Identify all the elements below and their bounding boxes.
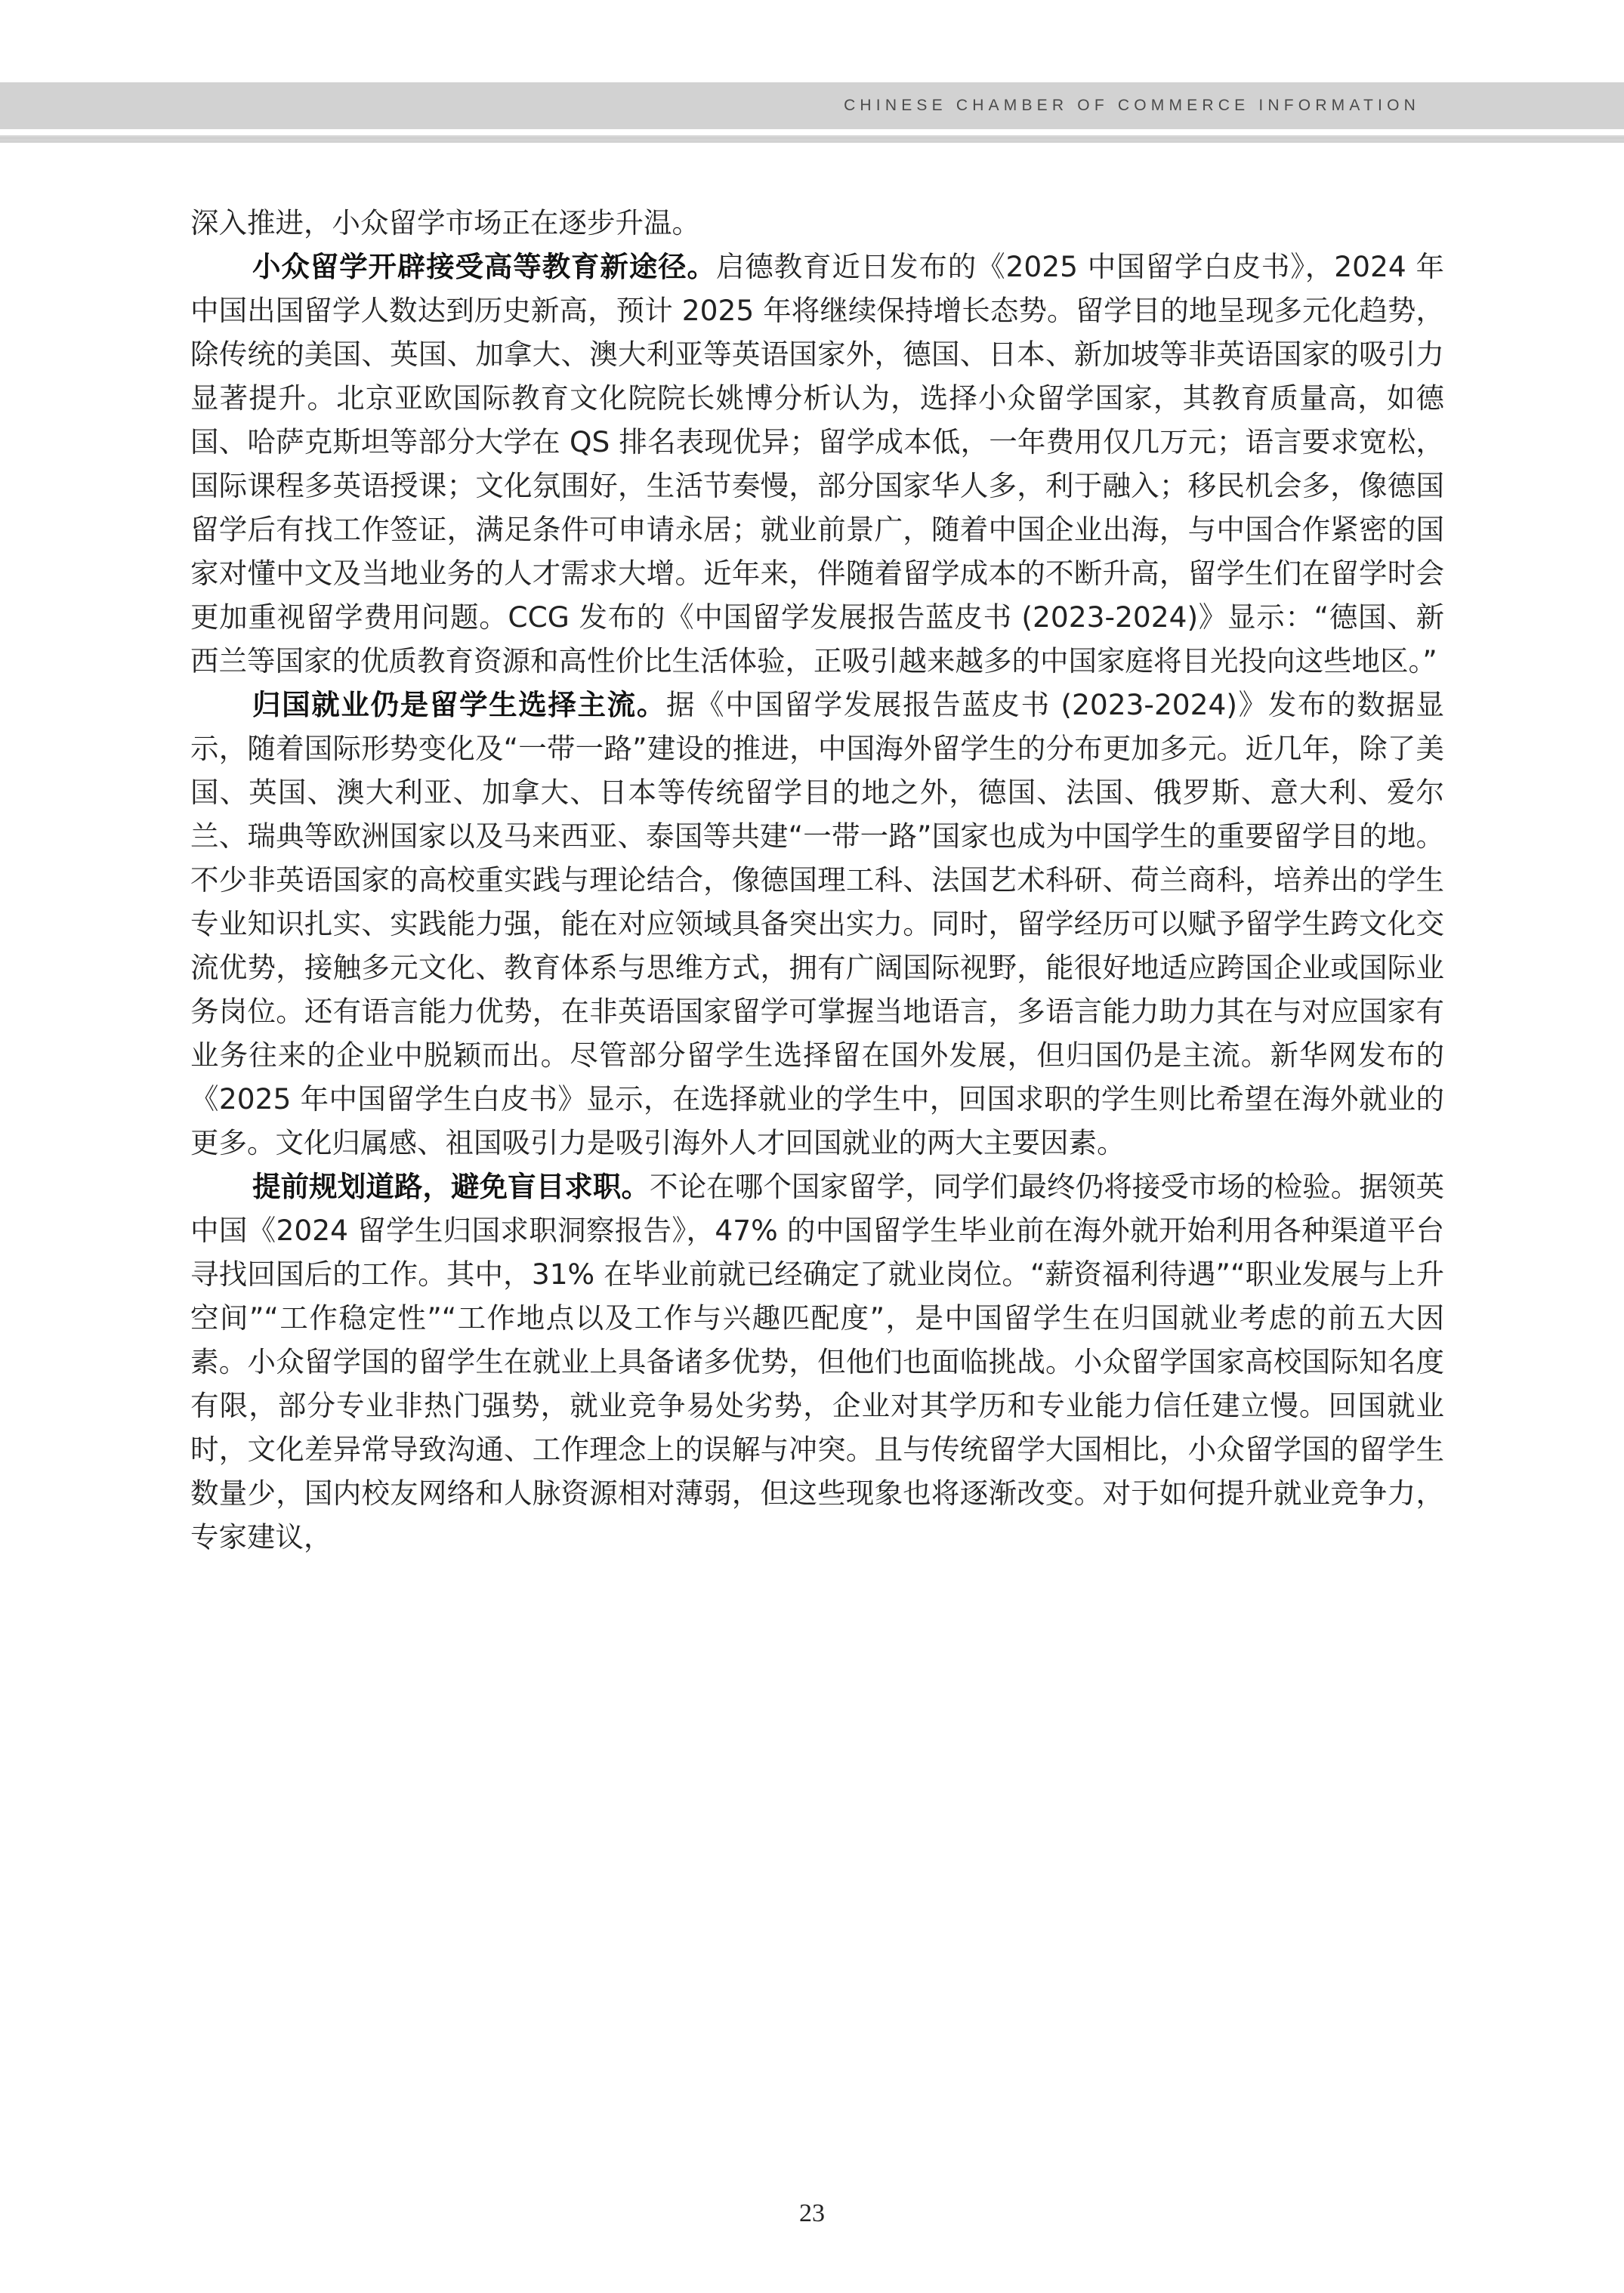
page-number: 23: [0, 2199, 1624, 2228]
article-body: 深入推进，小众留学市场正在逐步升温。 小众留学开辟接受高等教育新途径。启德教育近…: [190, 201, 1444, 1559]
header-divider: [0, 135, 1624, 143]
paragraph-text: 不论在哪个国家留学，同学们最终仍将接受市场的检验。据领英中国《2024 留学生归…: [190, 1170, 1444, 1554]
paragraph-lead: 小众留学开辟接受高等教育新途径。: [252, 250, 716, 283]
paragraph-text: 启德教育近日发布的《2025 中国留学白皮书》，2024 年中国出国留学人数达到…: [190, 250, 1444, 677]
paragraph-text: 据《中国留学发展报告蓝皮书 (2023-2024)》发布的数据显示，随着国际形势…: [190, 688, 1444, 1159]
paragraph-lead: 归国就业仍是留学生选择主流。: [252, 688, 666, 721]
paragraph-text: 深入推进，小众留学市场正在逐步升温。: [190, 206, 700, 239]
paragraph-lead: 提前规划道路，避免盲目求职。: [252, 1170, 650, 1203]
paragraph-niche-study-abroad: 小众留学开辟接受高等教育新途径。启德教育近日发布的《2025 中国留学白皮书》，…: [190, 245, 1444, 683]
publication-title: CHINESE CHAMBER OF COMMERCE INFORMATION: [844, 97, 1420, 115]
paragraph-return-employment: 归国就业仍是留学生选择主流。据《中国留学发展报告蓝皮书 (2023-2024)》…: [190, 683, 1444, 1165]
paragraph-career-planning: 提前规划道路，避免盲目求职。不论在哪个国家留学，同学们最终仍将接受市场的检验。据…: [190, 1165, 1444, 1559]
paragraph-continuation: 深入推进，小众留学市场正在逐步升温。: [190, 201, 1444, 245]
